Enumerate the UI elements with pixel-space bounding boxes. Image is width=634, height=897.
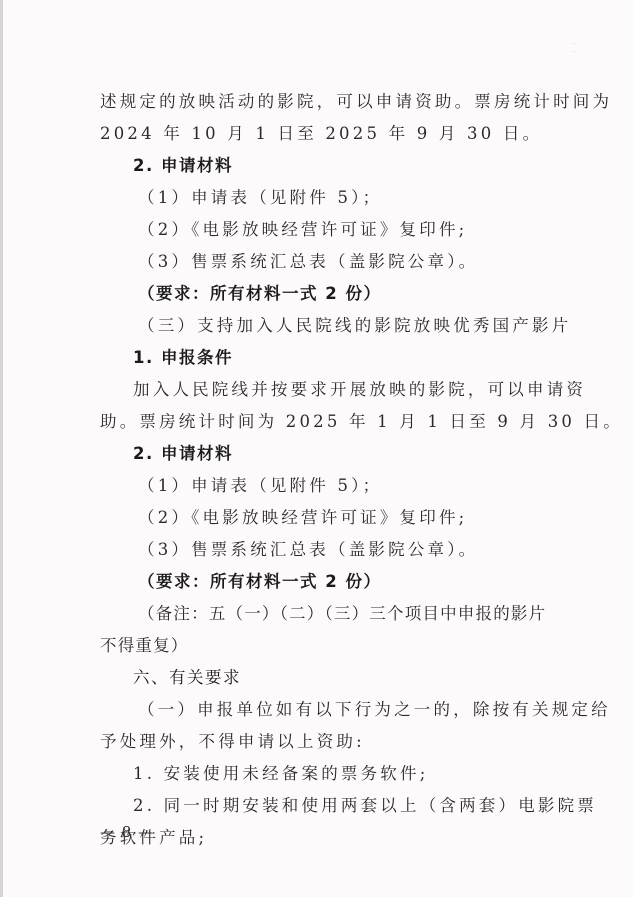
- list-item: （2）《电影放映经营许可证》复印件;: [100, 502, 540, 534]
- list-item: （3）售票系统汇总表（盖影院公章）。: [100, 534, 540, 566]
- list-item-cont: 务软件产品;: [100, 822, 540, 854]
- paragraph-line: 2024 年 10 月 1 日至 2025 年 9 月 30 日。: [100, 118, 540, 150]
- remark-note-cont: 不得重复）: [100, 630, 540, 662]
- scan-page-edge: [0, 0, 3, 897]
- remark-note: （备注：五（一）（二）（三）三个项目中申报的影片: [100, 598, 540, 630]
- list-item: （3）售票系统汇总表（盖影院公章）。: [100, 246, 540, 278]
- list-item: （2）《电影放映经营许可证》复印件;: [100, 214, 540, 246]
- paragraph-line: 予处理外，不得申请以上资助:: [100, 726, 540, 758]
- list-item: 2. 同一时期安装和使用两套以上（含两套）电影院票: [100, 790, 540, 822]
- chapter-heading: 六、有关要求: [100, 662, 540, 694]
- section-heading: 1. 申报条件: [100, 342, 540, 374]
- subsection-heading: （三）支持加入人民院线的影院放映优秀国产影片: [100, 310, 540, 342]
- list-item: （1）申请表（见附件 5）；: [100, 182, 540, 214]
- page-number: — 8 —: [100, 823, 154, 841]
- section-heading: 2. 申请材料: [100, 150, 540, 182]
- paragraph-line: 加入人民院线并按要求开展放映的影院，可以申请资: [100, 374, 540, 406]
- requirement-note: （要求：所有材料一式 2 份）: [100, 278, 540, 310]
- requirement-note: （要求：所有材料一式 2 份）: [100, 566, 540, 598]
- section-heading: 2. 申请材料: [100, 438, 540, 470]
- list-item: （1）申请表（见附件 5）；: [100, 470, 540, 502]
- document-body: 述规定的放映活动的影院，可以申请资助。票房统计时间为 2024 年 10 月 1…: [100, 86, 540, 854]
- paragraph-line: （一）申报单位如有以下行为之一的，除按有关规定给: [100, 694, 540, 726]
- paragraph-line: 助。票房统计时间为 2025 年 1 月 1 日至 9 月 30 日。: [100, 406, 540, 438]
- list-item: 1. 安装使用未经备案的票务软件;: [100, 758, 540, 790]
- paragraph-line: 述规定的放映活动的影院，可以申请资助。票房统计时间为: [100, 86, 540, 118]
- corner-marks: · ·: [573, 40, 634, 56]
